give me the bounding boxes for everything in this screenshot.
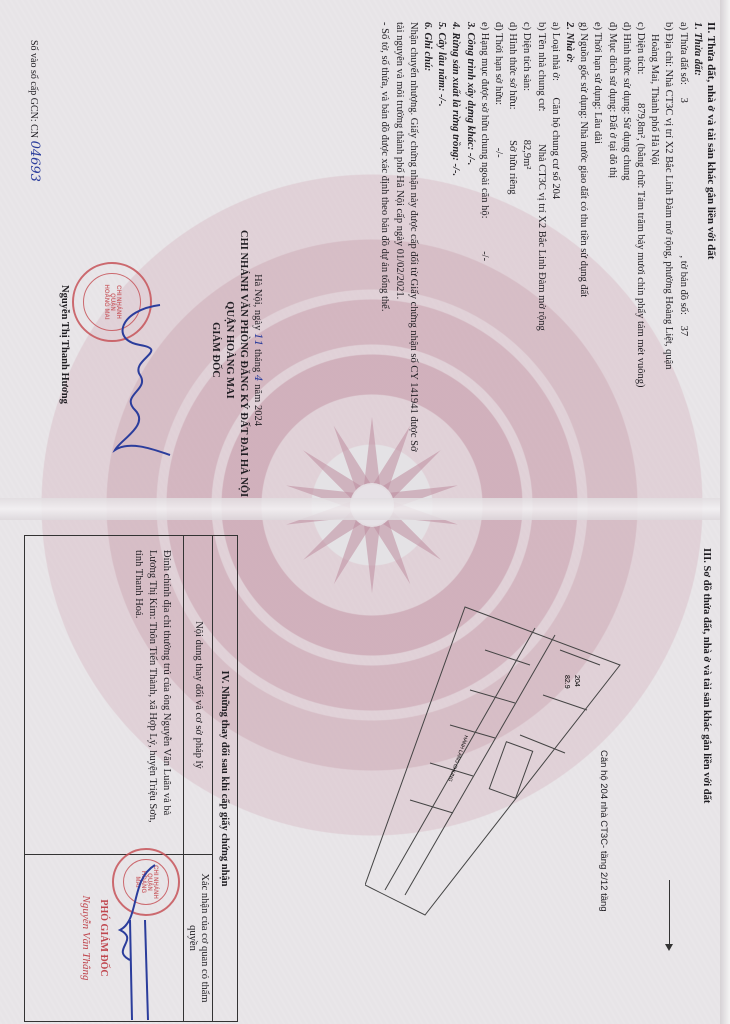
confirmation-column-header: Xác nhận của cơ quan có thẩm quyền bbox=[183, 855, 212, 1021]
area-row: c) Diện tích: 879,8m², (bằng chữ: Tám tr… bbox=[633, 22, 647, 502]
signer-name: Nguyễn Thị Thanh Hương bbox=[59, 285, 70, 404]
address-row: b) Địa chỉ: Nhà CT3C vị trí X2 Bắc Linh … bbox=[661, 22, 675, 502]
certificate-page: II. Thửa đất, nhà ở và tài sản khác gắn … bbox=[0, 0, 730, 1024]
handwritten-signature bbox=[100, 300, 180, 460]
term-label: e) Thời hạn sử dụng: bbox=[592, 22, 603, 109]
term-value: Lâu dài bbox=[592, 112, 603, 144]
unit-label: 204 bbox=[573, 675, 580, 687]
place-date-prefix: Hà Nội, ngày bbox=[252, 274, 263, 330]
use-form-label: d) Hình thức sử dụng: bbox=[621, 22, 632, 114]
ownership-value: Sở hữu riêng bbox=[507, 140, 518, 194]
origin-value: Nhà nước giao đất có thu tiền sử dụng đấ… bbox=[578, 121, 589, 297]
address-label: b) Địa chỉ: bbox=[663, 22, 674, 67]
north-arrow-icon bbox=[669, 880, 670, 945]
note-1: Nhận chuyển nhượng. Giấy chứng nhận này … bbox=[391, 22, 419, 462]
floor-plan-diagram: 204 82.9 HÀNH LANG CHUNG bbox=[365, 595, 625, 925]
corridor-label: HÀNH LANG CHUNG bbox=[446, 734, 469, 782]
month-label: tháng bbox=[252, 349, 263, 372]
address-line-1: Nhà CT3C vị trí X2 Bắc Linh Đàm mở rộng,… bbox=[663, 70, 674, 370]
section-3-title: III. Sơ đồ thửa đất, nhà ở và tài sản kh… bbox=[701, 548, 712, 803]
map-sheet-number: 37 bbox=[678, 326, 689, 337]
changes-content-column: Nội dung thay đổi và cơ sở pháp lý Đính … bbox=[25, 536, 212, 855]
origin-label: g) Nguồn gốc sử dụng: bbox=[578, 22, 589, 119]
floor-area-value: 82,9m² bbox=[521, 140, 532, 170]
purpose-label: đ) Mục đích sử dụng: bbox=[607, 22, 618, 112]
ownership-term-row: đ) Thời hạn sở hữu: -/- bbox=[491, 22, 505, 502]
area-value: 879,8m², (bằng chữ: Tám trăm bảy mươi ch… bbox=[635, 103, 646, 387]
term-row: e) Thời hạn sử dụng: Lâu dài bbox=[590, 22, 604, 502]
floor-area-label: c) Diện tích sàn: bbox=[521, 22, 532, 91]
issuing-district: QUẬN HOÀNG MAI bbox=[222, 230, 236, 470]
map-sheet-label: , tờ bản đồ số: bbox=[678, 255, 689, 315]
issue-month: 4 bbox=[252, 375, 264, 382]
notes-heading: 6. Ghi chú: bbox=[420, 22, 434, 502]
house-heading: 2. Nhà ở: bbox=[562, 22, 576, 502]
registry-label: Số vào sổ cấp GCN: CN bbox=[28, 40, 39, 138]
building-row: b) Tên nhà chung cư: Nhà CT3C vị trí X2 … bbox=[533, 22, 547, 502]
ownership-label: d) Hình thức sở hữu: bbox=[507, 22, 518, 110]
floor-area-row: c) Diện tích sàn: 82,9m² bbox=[519, 22, 533, 502]
house-type-label: a) Loại nhà ở: bbox=[550, 22, 561, 81]
unit-area: 82.9 bbox=[563, 675, 570, 689]
use-form-value: Sử dụng chung bbox=[621, 117, 632, 180]
ownership-row: d) Hình thức sở hữu: Sở hữu riêng bbox=[505, 22, 519, 502]
common-items-value: -/- bbox=[479, 251, 490, 261]
common-items-label: e) Hạng mục được sở hữu chung ngoài căn … bbox=[479, 22, 490, 219]
common-items-row: e) Hạng mục được sở hữu chung ngoài căn … bbox=[477, 22, 491, 502]
issue-day: 11 bbox=[252, 333, 264, 346]
building-value: Nhà CT3C vị trí X2 Bắc Linh Đàm mở rộng bbox=[536, 144, 547, 331]
origin-row: g) Nguồn gốc sử dụng: Nhà nước giao đất … bbox=[576, 22, 590, 502]
note-2: - Số tờ, số thửa, và bản đồ được xác địn… bbox=[377, 22, 391, 462]
purpose-row: đ) Mục đích sử dụng: Đất ở tại đô thị bbox=[604, 22, 618, 502]
ownership-term-label: đ) Thời hạn sở hữu: bbox=[493, 22, 504, 105]
use-form-row: d) Hình thức sử dụng: Sử dụng chung bbox=[619, 22, 633, 502]
parcel-label: a) Thửa đất số: bbox=[678, 22, 689, 85]
change-entry: Đính chính địa chỉ thường trú của ông Ng… bbox=[121, 536, 183, 854]
area-label: c) Diện tích: bbox=[635, 22, 646, 74]
planted-forest: 4. Rừng sản xuất là rừng trồng: -/-. bbox=[448, 22, 462, 502]
issue-year: 2024 bbox=[252, 405, 263, 426]
house-type-row: a) Loại nhà ở: Căn hộ chung cư số 204 bbox=[548, 22, 562, 502]
issuing-office: CHI NHÁNH VĂN PHÒNG ĐĂNG KÝ ĐẤT ĐAI HÀ N… bbox=[236, 230, 250, 470]
section-4-title: IV. Những thay đổi sau khi cấp giấy chứn… bbox=[212, 536, 237, 1021]
content-column-header: Nội dung thay đổi và cơ sở pháp lý bbox=[183, 536, 212, 854]
section-2-land-house: II. Thửa đất, nhà ở và tài sản khác gắn … bbox=[377, 22, 718, 502]
confirmation-signature bbox=[100, 860, 170, 1020]
other-construction: 3. Công trình xây dựng khác: -/-. bbox=[462, 22, 476, 502]
registry-number: 04693 bbox=[27, 141, 42, 182]
year-label: năm bbox=[252, 384, 263, 402]
place-date: Hà Nội, ngày 11 tháng 4 năm 2024 bbox=[250, 230, 265, 470]
purpose-value: Đất ở tại đô thị bbox=[607, 115, 618, 178]
signer-position: GIÁM ĐỐC bbox=[208, 230, 222, 470]
perennial-trees: 5. Cây lâu năm: -/-. bbox=[434, 22, 448, 502]
address-line-2: Hoàng Mai, Thành phố Hà Nội bbox=[647, 22, 661, 502]
land-heading: 1. Thửa đất: bbox=[690, 22, 704, 502]
ownership-term-value: -/- bbox=[493, 148, 504, 158]
parcel-number: 3 bbox=[678, 98, 689, 103]
building-label: b) Tên nhà chung cư: bbox=[536, 22, 547, 111]
parcel-row: a) Thửa đất số: 3 , tờ bản đồ số: 37 bbox=[675, 22, 689, 502]
deputy-director-name: Nguyễn Văn Thắng bbox=[80, 855, 92, 1021]
registry-number-row: Số vào sổ cấp GCN: CN 04693 bbox=[27, 40, 42, 182]
page-edge bbox=[720, 0, 730, 1024]
section-2-title: II. Thửa đất, nhà ở và tài sản khác gắn … bbox=[704, 22, 718, 502]
issuer-signature-block: Hà Nội, ngày 11 tháng 4 năm 2024 CHI NHÁ… bbox=[208, 230, 265, 470]
house-type-value: Căn hộ chung cư số 204 bbox=[550, 98, 561, 200]
